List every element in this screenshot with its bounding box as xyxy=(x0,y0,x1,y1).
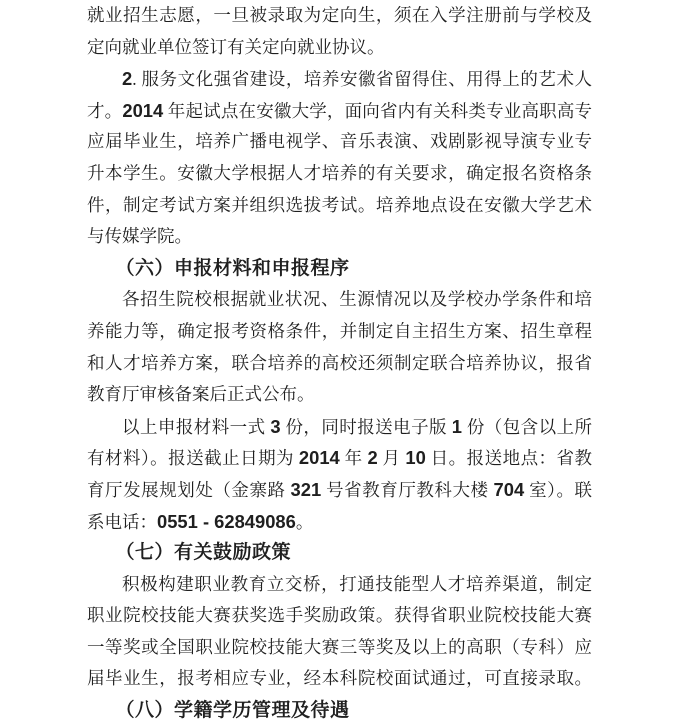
text-line: 养能力等，确定报考资格条件，并制定自主招生方案、招生章程 xyxy=(87,316,592,348)
text-line: 教育厅审核备案后正式公布。 xyxy=(87,379,592,411)
document-page: 就业招生志愿，一旦被录取为定向生，须在入学注册前与学校及定向就业单位签订有关定向… xyxy=(0,0,681,727)
number-text: 3 xyxy=(270,416,280,437)
text-line: 与传媒学院。 xyxy=(87,221,592,253)
text-line: 升本学生。安徽大学根据人才培养的有关要求，确定报名资格条 xyxy=(87,158,592,190)
text-line: 就业招生志愿，一旦被录取为定向生，须在入学注册前与学校及 xyxy=(87,0,592,32)
text-line: 应届毕业生，培养广播电视学、音乐表演、戏剧影视导演专业专 xyxy=(87,126,592,158)
number-text: 704 xyxy=(494,479,525,500)
number-text: 1 xyxy=(452,416,462,437)
text-line: 以上申报材料一式 3 份，同时报送电子版 1 份（包含以上所 xyxy=(87,411,592,443)
number-text: 2014 xyxy=(122,100,163,121)
text-line: 各招生院校根据就业状况、生源情况以及学校办学条件和培 xyxy=(87,284,592,316)
text-line: 和人才培养方案，联合培养的高校还须制定联合培养协议，报省 xyxy=(87,348,592,380)
text-line: 系电话：0551 - 62849086。 xyxy=(87,506,592,538)
text-line: 一等奖或全国职业院校技能大赛三等奖及以上的高职（专科）应 xyxy=(87,632,592,664)
text-line: 有材料）。报送截止日期为 2014 年 2 月 10 日。报送地点：省教 xyxy=(87,442,592,474)
section-heading: （六）申报材料和申报程序 xyxy=(87,253,592,285)
text-line: 才。2014 年起试点在安徽大学，面向省内有关科类专业高职高专 xyxy=(87,95,592,127)
text-line: 届毕业生，报考相应专业，经本科院校面试通过，可直接录取。 xyxy=(87,663,592,695)
text-line: 2. 服务文化强省建设，培养安徽省留得住、用得上的艺术人 xyxy=(87,63,592,95)
document-body: 就业招生志愿，一旦被录取为定向生，须在入学注册前与学校及定向就业单位签订有关定向… xyxy=(87,0,592,727)
number-text: 0551 - 62849086 xyxy=(157,511,296,532)
number-text: 10 xyxy=(405,447,425,468)
section-heading: （八）学籍学历管理及待遇 xyxy=(87,695,592,727)
number-text: 2 xyxy=(122,68,132,89)
text-line: 育厅发展规划处（金寨路 321 号省教育厅教科大楼 704 室）。联 xyxy=(87,474,592,506)
text-line: 职业院校技能大赛获奖选手奖励政策。获得省职业院校技能大赛 xyxy=(87,600,592,632)
section-heading: （七）有关鼓励政策 xyxy=(87,537,592,569)
number-text: 321 xyxy=(291,479,322,500)
number-text: 2 xyxy=(367,447,377,468)
text-line: 积极构建职业教育立交桥，打通技能型人才培养渠道，制定 xyxy=(87,569,592,601)
text-line: 件，制定考试方案并组织选拔考试。培养地点设在安徽大学艺术 xyxy=(87,190,592,222)
text-line: 定向就业单位签订有关定向就业协议。 xyxy=(87,32,592,64)
number-text: 2014 xyxy=(299,447,340,468)
